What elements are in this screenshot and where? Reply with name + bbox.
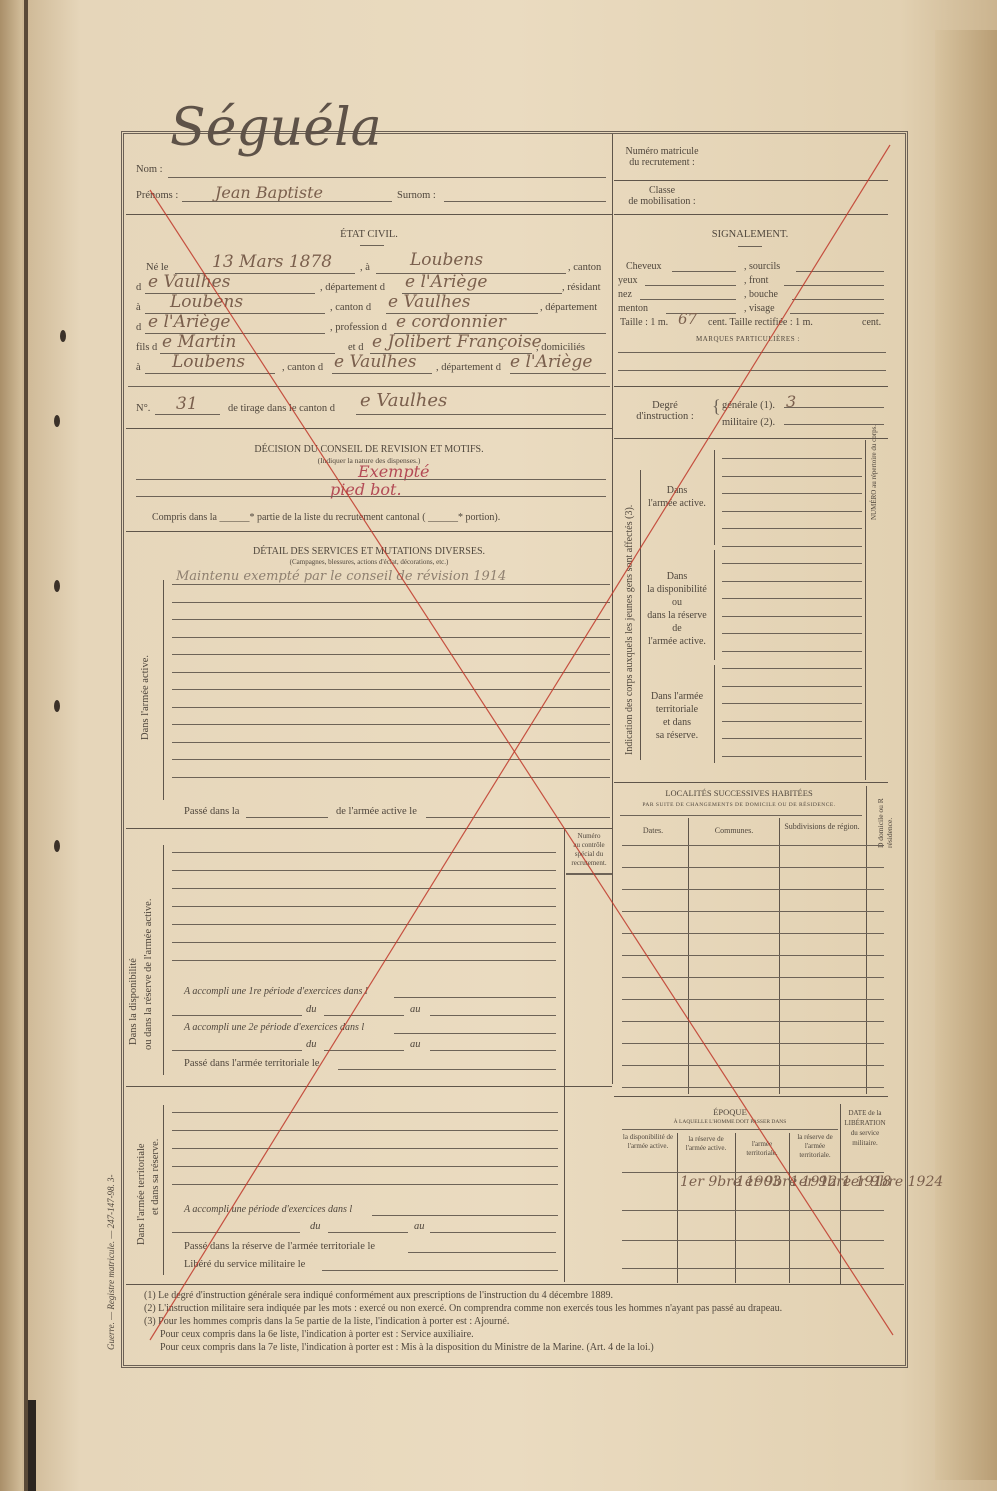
field-line: [136, 496, 606, 497]
localites-column-dates: Dates.: [620, 826, 686, 835]
pere-value: e Martin: [162, 332, 236, 352]
header-line: [622, 1172, 884, 1173]
group-label: Dans l'armée: [651, 691, 703, 702]
margin-print: Guerre. — Registre matricule. — 247-147-…: [106, 1174, 116, 1350]
column-divider: [840, 1104, 841, 1284]
field-line: [640, 299, 736, 300]
binding-hole: [54, 415, 60, 427]
classe-label: Classede mobilisation :: [616, 185, 708, 207]
localites-domicile-residence: D domicile ou R résidence.: [876, 778, 894, 848]
field-line: [790, 313, 884, 314]
field-line: [408, 1252, 556, 1253]
group-label: de: [672, 623, 681, 634]
controle-column-divider: [564, 828, 565, 1090]
ruled-line: [172, 689, 610, 690]
ruled-line: [172, 742, 610, 743]
numero-tirage-value: 31: [176, 394, 198, 414]
classe-label-2: de mobilisation :: [628, 196, 695, 207]
column-divider: [789, 1133, 790, 1283]
column-divider: [677, 1133, 678, 1283]
field-line: [618, 352, 886, 353]
field-line: [372, 1215, 558, 1216]
du-label: du: [306, 1039, 317, 1050]
group-label: l'armée active.: [648, 498, 706, 509]
surnom-label: Surnom :: [397, 190, 436, 201]
d-label: d: [136, 322, 141, 333]
periode-2-label: A accompli une 2e période d'exercices da…: [184, 1022, 364, 1033]
compris-label: Compris dans la ______* partie de la lis…: [152, 512, 500, 523]
book-spine: [24, 0, 28, 1491]
classe-label-1: Classe: [649, 185, 675, 196]
passe-label-2: de l'armée active le: [336, 806, 417, 817]
domicile-value: Loubens: [172, 352, 245, 372]
field-line: [430, 1232, 556, 1233]
field-line: [566, 873, 612, 875]
ruled-line: [722, 668, 862, 669]
ruled-line: [722, 633, 862, 634]
brace: [163, 580, 164, 800]
field-line: [784, 285, 884, 286]
column-divider: [688, 818, 689, 1094]
divider: [126, 1284, 904, 1285]
canton-value: e Vaulhes: [148, 272, 230, 292]
nez-label: nez: [618, 289, 632, 300]
field-line: [145, 373, 275, 374]
ruled-line: [172, 1184, 558, 1185]
ruled-line: [722, 756, 862, 757]
footnote-3: (3) Pour les hommes compris dans la 5e p…: [144, 1316, 509, 1327]
ruled-line: [722, 616, 862, 617]
corps-group-territoriale: Dans l'arméeterritorialeet danssa réserv…: [642, 690, 712, 742]
au-label: au: [410, 1039, 421, 1050]
field-line: [622, 1210, 884, 1211]
du-label: du: [310, 1221, 321, 1232]
instruction-generale-label: générale (1).: [722, 400, 775, 411]
ruled-line: [722, 458, 862, 459]
ruled-line: [172, 906, 556, 907]
field-line: [796, 271, 884, 272]
services-entry-1: Maintenu exempté par le conseil de révis…: [176, 569, 506, 584]
localites-title: LOCALITÉS SUCCESSIVES HABITÉES: [614, 788, 864, 798]
field-line: [172, 1232, 300, 1233]
title-underline: [738, 246, 762, 247]
libere-label: Libéré du service militaire le: [184, 1259, 305, 1270]
numero-label: N°.: [136, 403, 150, 414]
taille-value: 67: [678, 310, 697, 328]
group-label: sa réserve.: [656, 730, 698, 741]
services-title: DÉTAIL DES SERVICES ET MUTATIONS DIVERSE…: [126, 546, 612, 557]
footnote-1: (1) Le degré d'instruction générale sera…: [144, 1290, 613, 1301]
departement-value: e l'Ariège: [405, 272, 487, 292]
ruled-line: [622, 1043, 884, 1044]
numero-repertoire-label: NUMÉRO au répertoire du corps.: [870, 425, 878, 520]
column-divider: [735, 1133, 736, 1283]
canton-label: , canton d: [282, 362, 323, 373]
epoque-column-disponibilite: la disponibilité de l'armée active.: [620, 1133, 676, 1151]
column-divider: [779, 818, 780, 1094]
passe-reserve-territoriale-label: Passé dans la réserve de l'armée territo…: [184, 1241, 375, 1252]
liberation-value: 1er 9bre 1924: [842, 1174, 943, 1190]
brace: [714, 550, 715, 660]
ruled-line: [172, 724, 610, 725]
instruction-label-1: Degré: [652, 400, 678, 411]
ruled-line: [622, 1065, 884, 1066]
ruled-line: [622, 933, 884, 934]
periode-3-label: A accompli une période d'exercices dans …: [184, 1204, 352, 1215]
ruled-line: [172, 759, 610, 760]
services-subtitle: (Campagnes, blessures, actions d'éclat, …: [126, 558, 612, 566]
ribbon-bookmark: [28, 1400, 36, 1491]
ruled-line: [172, 777, 610, 778]
au-label: au: [414, 1221, 425, 1232]
instruction-label-2: d'instruction :: [636, 411, 694, 422]
ruled-line: [172, 1112, 558, 1113]
numero-column-divider: [865, 440, 866, 780]
etat-civil-title: ÉTAT CIVIL.: [126, 229, 612, 240]
ruled-line: [172, 888, 556, 889]
ruled-line: [172, 960, 556, 961]
ruled-line: [172, 870, 556, 871]
epoque-column-reserve-active: la réserve de l'armée active.: [678, 1135, 734, 1153]
liberation-label: DATE de la LIBÉRATION du service militai…: [842, 1108, 888, 1148]
territoriale-side-label-1: Dans l'armée territoriale: [136, 1143, 147, 1245]
column-divider: [866, 786, 867, 1094]
ruled-line: [722, 721, 862, 722]
nom-value: Séguéla: [170, 98, 382, 158]
ruled-line: [172, 584, 610, 585]
field-line: [172, 1050, 302, 1051]
instruction-militaire-label: militaire (2).: [722, 417, 775, 428]
ruled-line: [722, 528, 862, 529]
field-line: [172, 1015, 302, 1016]
ruled-line: [622, 845, 884, 846]
group-label: la disponibilité: [647, 584, 707, 595]
field-line: [155, 414, 220, 415]
divider: [126, 531, 612, 532]
armee-active-side-label: Dans l'armée active.: [140, 655, 151, 740]
taille-label: Taille : 1 m.: [620, 317, 668, 328]
ruled-line: [722, 511, 862, 512]
epoque-title: ÉPOQUE: [620, 1107, 840, 1117]
disponibilite-side-label-1: Dans la disponibilité: [128, 958, 139, 1045]
divider: [614, 1096, 888, 1097]
field-line: [324, 1050, 404, 1051]
ruled-line: [172, 672, 610, 673]
ne-le-value: 13 Mars 1878: [212, 252, 332, 272]
field-line: [672, 271, 736, 272]
controle-line: spécial du: [575, 850, 603, 858]
prenoms-label: Prénoms :: [136, 190, 178, 201]
residence-value: Loubens: [170, 292, 243, 312]
field-line: [618, 370, 886, 371]
front-label: , front: [744, 275, 768, 286]
a-label: , à: [360, 262, 370, 273]
divider: [126, 828, 612, 829]
controle-line: recrutement.: [571, 859, 606, 867]
matricule-label-2: du recrutement :: [629, 157, 695, 168]
tirage-label: de tirage dans le canton d: [228, 403, 335, 414]
canton3-value: e Vaulhes: [334, 352, 416, 372]
field-line: [645, 285, 736, 286]
ruled-line: [722, 686, 862, 687]
field-line: [394, 997, 556, 998]
field-line: [622, 1240, 884, 1241]
a-label: à: [136, 362, 141, 373]
field-line: [328, 1232, 408, 1233]
title-underline: [360, 245, 384, 246]
field-line: [394, 1033, 556, 1034]
divider: [614, 782, 888, 783]
ruled-line: [172, 1166, 558, 1167]
brace: [714, 450, 715, 545]
surnom-line: [444, 201, 606, 202]
page-right-edge: [935, 30, 997, 1480]
localites-column-subdivisions: Subdivisions de région.: [782, 822, 862, 832]
field-line: [246, 817, 328, 818]
decision-title: DÉCISION DU CONSEIL DE REVISION ET MOTIF…: [126, 444, 612, 455]
prenoms-value: Jean Baptiste: [215, 183, 323, 202]
matricule-label-1: Numéro matricule: [625, 146, 698, 157]
disponibilite-side-label-2: ou dans la réserve de l'armée active.: [143, 899, 154, 1050]
divider: [614, 438, 888, 439]
ruled-line: [722, 598, 862, 599]
periode-1-label: A accompli une 1re période d'exercices d…: [184, 986, 368, 997]
group-label: et dans: [663, 717, 691, 728]
epoque-subtitle: À LAQUELLE L'HOMME DOIT PASSER DANS: [620, 1119, 840, 1125]
passe-territoriale-label: Passé dans l'armée territoriale le: [184, 1058, 319, 1069]
ruled-line: [622, 911, 884, 912]
departement-label: , département d: [436, 362, 501, 373]
group-label: dans la réserve: [647, 610, 706, 621]
group-label: l'armée active.: [648, 636, 706, 647]
localites-column-communes: Communes.: [690, 826, 778, 835]
canton-label: , canton: [568, 262, 601, 273]
mere-value: e Jolibert Françoise: [372, 332, 542, 352]
binding-hole: [60, 330, 66, 342]
field-line: [666, 313, 736, 314]
footnote-2: (2) L'instruction militaire sera indiqué…: [144, 1303, 782, 1314]
departement3-value: e l'Ariège: [510, 352, 592, 372]
group-label: territoriale: [656, 704, 698, 715]
corps-bracket: [640, 470, 641, 760]
a-label: à: [136, 302, 141, 313]
binding-hole: [54, 840, 60, 852]
column-divider: [564, 1086, 565, 1282]
cheveux-label: Cheveux: [626, 261, 662, 272]
menton-label: menton: [618, 303, 648, 314]
departement2-value: e l'Ariège: [148, 312, 230, 332]
ruled-line: [172, 852, 556, 853]
field-line: [322, 1270, 558, 1271]
footnote-3b: Pour ceux compris dans la 6e liste, l'in…: [160, 1329, 474, 1340]
marques-label: MARQUES PARTICULIÈRES :: [696, 335, 800, 343]
field-line: [784, 424, 884, 425]
canton-label: , canton d: [330, 302, 371, 313]
epoque-column-territoriale: l'armée territoriale.: [736, 1140, 788, 1158]
controle-line: Numéro: [578, 832, 601, 840]
divider: [614, 214, 888, 215]
ruled-line: [622, 955, 884, 956]
field-line: [622, 1268, 884, 1269]
field-line: [356, 414, 606, 415]
ruled-line: [172, 654, 610, 655]
ruled-line: [722, 703, 862, 704]
au-label: au: [410, 1004, 421, 1015]
ruled-line: [722, 738, 862, 739]
ruled-line: [622, 1087, 884, 1088]
numero-controle-label: Numéroau contrôlespécial durecrutement.: [566, 832, 612, 868]
controle-line: au contrôle: [573, 841, 604, 849]
brace: [163, 845, 164, 1075]
cent-label: cent.: [862, 317, 881, 328]
matricule-label: Numéro matriculedu recrutement :: [616, 146, 708, 168]
ruled-line: [622, 999, 884, 1000]
ruled-line: [722, 546, 862, 547]
ruled-line: [172, 637, 610, 638]
bouche-label: , bouche: [744, 289, 778, 300]
sourcils-label: , sourcils: [744, 261, 780, 272]
fils-label: fils d: [136, 342, 157, 353]
d-label: d: [136, 282, 141, 293]
localites-subtitle: PAR SUITE DE CHANGEMENTS DE DOMICILE OU …: [614, 802, 864, 808]
field-line: [430, 1015, 556, 1016]
ruled-line: [622, 977, 884, 978]
ruled-line: [722, 651, 862, 652]
divider: [614, 386, 888, 387]
epoque-column-reserve-territoriale: la réserve de l'armée territoriale.: [790, 1133, 840, 1160]
ruled-line: [172, 1130, 558, 1131]
ruled-line: [722, 581, 862, 582]
field-line: [792, 299, 884, 300]
column-divider: [612, 134, 613, 1084]
ruled-line: [722, 493, 862, 494]
ruled-line: [622, 889, 884, 890]
ruled-line: [172, 707, 610, 708]
ruled-line: [622, 1021, 884, 1022]
brace: [163, 1105, 164, 1275]
divider: [128, 386, 610, 387]
header-line: [622, 1129, 838, 1130]
tirage-canton-value: e Vaulhes: [360, 390, 447, 411]
corps-side-label: Indication des corps auxquels les jeunes…: [624, 505, 635, 755]
passe-label: Passé dans la: [184, 806, 239, 817]
corps-group-active: Dansl'armée active.: [642, 484, 712, 510]
nom-line: [168, 177, 606, 178]
taille-rectifiee-label: cent. Taille rectifiée : 1 m.: [708, 317, 813, 328]
profession-value: e cordonnier: [396, 312, 506, 332]
group-label: ou: [672, 597, 682, 608]
yeux-label: yeux: [618, 275, 637, 286]
ruled-line: [172, 619, 610, 620]
group-label: Dans: [667, 571, 688, 582]
divider: [126, 428, 612, 429]
nom-label: Nom :: [136, 164, 163, 175]
canton2-value: e Vaulhes: [388, 292, 470, 312]
departement-label: , département d: [320, 282, 385, 293]
binding-hole: [54, 700, 60, 712]
ruled-line: [172, 1148, 558, 1149]
divider: [126, 1086, 612, 1087]
field-line: [784, 407, 884, 408]
binding-hole: [54, 580, 60, 592]
instruction-generale-value: 3: [786, 392, 796, 411]
departement-label: , département: [540, 302, 597, 313]
divider: [126, 214, 612, 215]
du-label: du: [306, 1004, 317, 1015]
brace: [714, 665, 715, 763]
residant-label: , résidant: [562, 282, 601, 293]
lieu-naissance-value: Loubens: [410, 250, 483, 270]
group-label: Dans: [667, 485, 688, 496]
brace-icon: {: [712, 396, 721, 417]
ruled-line: [172, 602, 610, 603]
ruled-line: [722, 476, 862, 477]
ruled-line: [722, 563, 862, 564]
footnote-3c: Pour ceux compris dans la 7e liste, l'in…: [160, 1342, 654, 1353]
field-line: [324, 1015, 404, 1016]
field-line: [338, 1069, 556, 1070]
field-line: [332, 373, 432, 374]
field-line: [426, 817, 610, 818]
field-line: [430, 1050, 556, 1051]
ruled-line: [172, 924, 556, 925]
instruction-label: Degréd'instruction :: [620, 400, 710, 422]
ruled-line: [622, 867, 884, 868]
visage-label: , visage: [744, 303, 775, 314]
prenoms-line: [182, 201, 392, 202]
field-line: [510, 373, 606, 374]
corps-group-disponibilite: Dansla disponibilitéoudans la réservedel…: [642, 570, 712, 648]
territoriale-side-label-2: et dans sa réserve.: [150, 1139, 161, 1215]
header-line: [620, 815, 862, 816]
ruled-line: [172, 942, 556, 943]
signalement-title: SIGNALEMENT.: [614, 229, 886, 240]
divider: [614, 180, 888, 181]
